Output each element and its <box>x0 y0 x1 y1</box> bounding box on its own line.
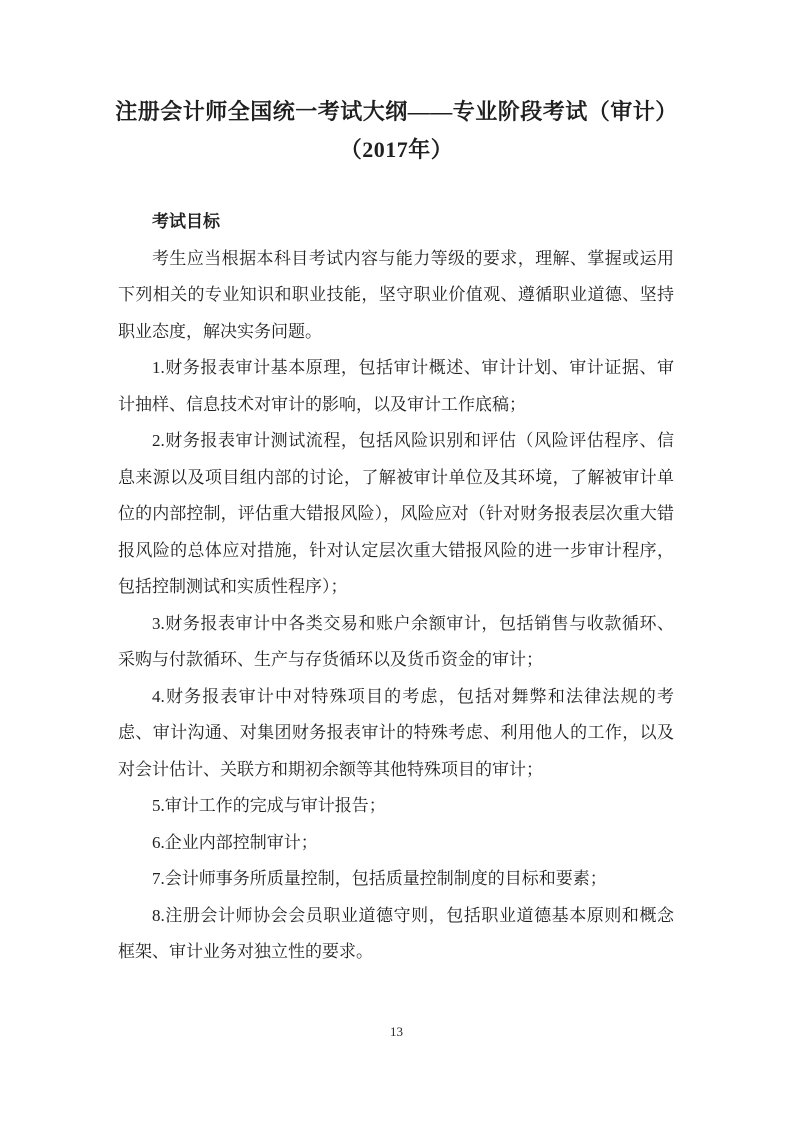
objective-item-8: 8.注册会计师协会会员职业道德守则，包括职业道德基本原则和概念框架、审计业务对独… <box>118 898 674 971</box>
objective-item-2: 2.财务报表审计测试流程，包括风险识别和评估（风险评估程序、信息来源以及项目组内… <box>118 423 674 606</box>
objective-item-5: 5.审计工作的完成与审计报告； <box>118 788 674 825</box>
title-line-2: （2017年） <box>0 131 793 169</box>
document-page: 注册会计师全国统一考试大纲——专业阶段考试（审计） （2017年） 考试目标 考… <box>0 0 793 1122</box>
page-number: 13 <box>0 1023 793 1041</box>
objective-item-1: 1.财务报表审计基本原理，包括审计概述、审计计划、审计证据、审计抽样、信息技术对… <box>118 350 674 423</box>
document-title: 注册会计师全国统一考试大纲——专业阶段考试（审计） （2017年） <box>0 93 793 169</box>
title-line-1: 注册会计师全国统一考试大纲——专业阶段考试（审计） <box>0 93 793 131</box>
objective-item-3: 3.财务报表审计中各类交易和账户余额审计，包括销售与收款循环、采购与付款循环、生… <box>118 606 674 679</box>
intro-paragraph: 考生应当根据本科目考试内容与能力等级的要求，理解、掌握或运用下列相关的专业知识和… <box>118 241 674 351</box>
objective-item-7: 7.会计师事务所质量控制，包括质量控制制度的目标和要素； <box>118 861 674 898</box>
document-body: 考试目标 考生应当根据本科目考试内容与能力等级的要求，理解、掌握或运用下列相关的… <box>118 204 674 971</box>
section-heading-exam-objectives: 考试目标 <box>118 204 674 241</box>
objective-item-4: 4.财务报表审计中对特殊项目的考虑，包括对舞弊和法律法规的考虑、审计沟通、对集团… <box>118 679 674 789</box>
objective-item-6: 6.企业内部控制审计； <box>118 825 674 862</box>
